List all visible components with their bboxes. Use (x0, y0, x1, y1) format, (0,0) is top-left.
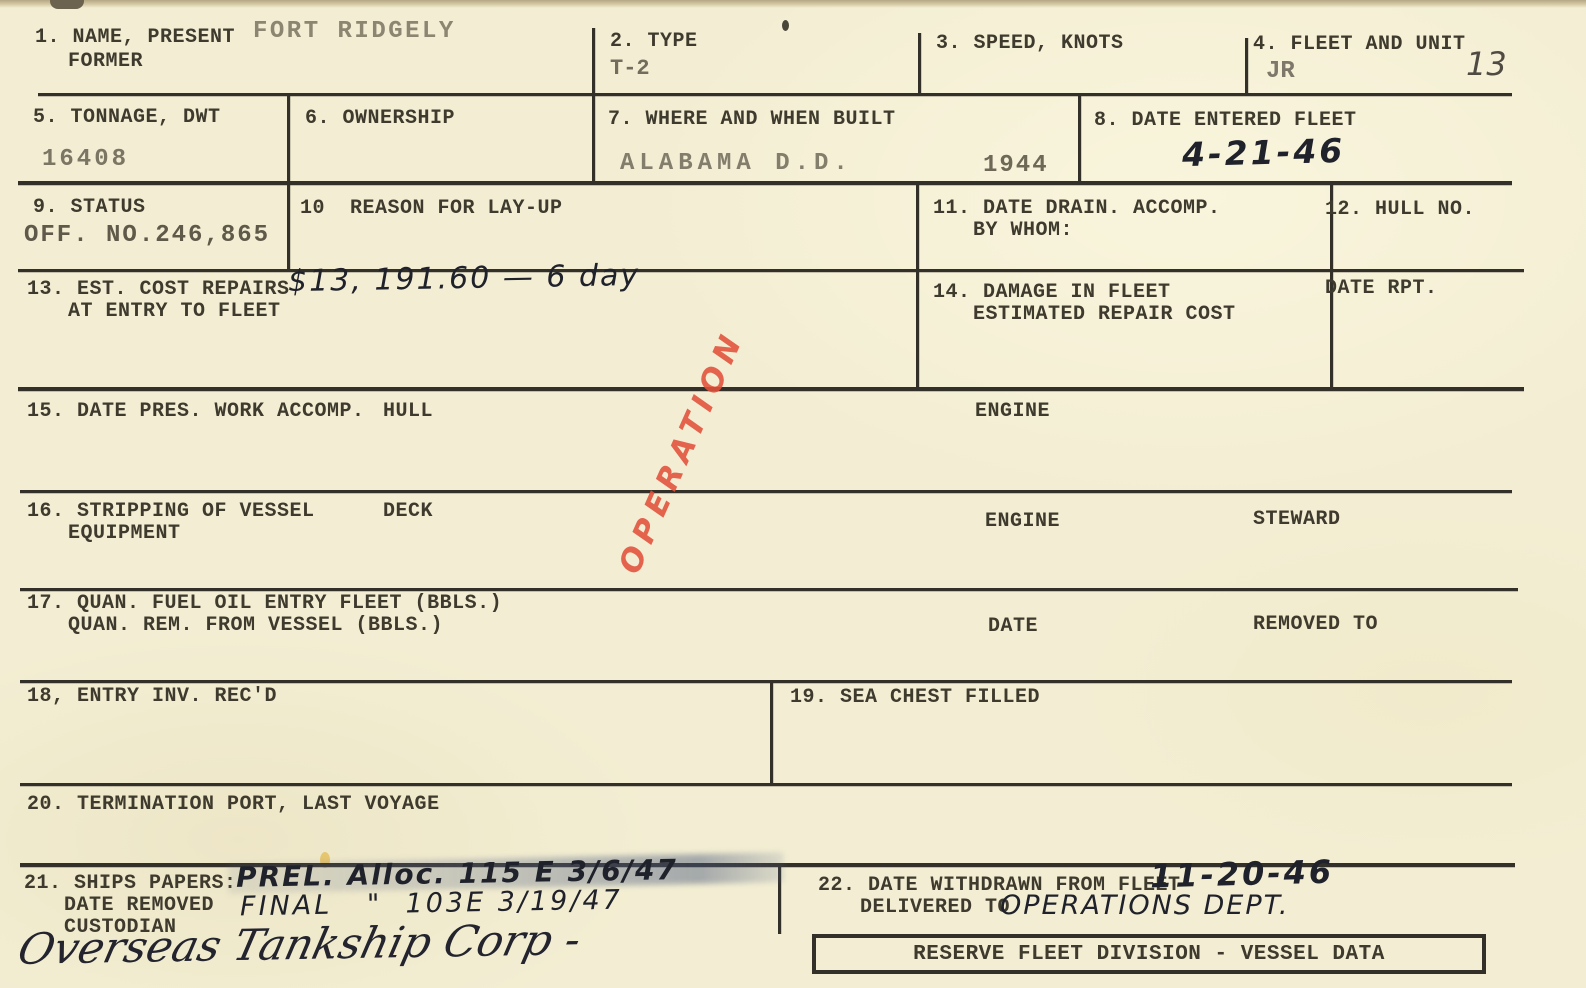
field-1-label: 1. NAME, PRESENT (35, 27, 235, 48)
field-13-label: 13. EST. COST REPAIRS (27, 279, 290, 300)
field-21-label2: DATE REMOVED (64, 895, 214, 916)
field-4-label: 4. FLEET AND UNIT (1253, 34, 1466, 55)
field-22-value: 11-20-46 (1150, 856, 1335, 893)
field-10-label: 10 REASON FOR LAY-UP (300, 198, 563, 219)
field-1-value: FORT RIDGELY (253, 20, 456, 44)
field-11-label2: BY WHOM: (973, 220, 1073, 241)
field-17-removed-to-label: REMOVED TO (1253, 614, 1378, 635)
field-9-label: 9. STATUS (33, 197, 146, 218)
field-1-label2: FORMER (68, 51, 143, 72)
field-15-engine-label: ENGINE (975, 401, 1050, 422)
field-18-label: 18, ENTRY INV. REC'D (27, 686, 277, 707)
field-11-label: 11. DATE DRAIN. ACCOMP. (933, 198, 1221, 219)
field-2-value: T-2 (610, 58, 650, 80)
field-14-date-rpt-label: DATE RPT. (1325, 278, 1438, 299)
field-16-deck-label: DECK (383, 501, 433, 522)
divider-1-2 (592, 28, 595, 181)
scan-blemish (50, 0, 84, 9)
vessel-data-card: 1. NAME, PRESENT FORMER FORT RIDGELY 2. … (0, 0, 1586, 988)
rule-row3 (18, 269, 1524, 272)
scan-speck (782, 20, 789, 31)
field-17-label2: QUAN. REM. FROM VESSEL (BBLS.) (68, 615, 443, 636)
field-4-unit-number: 13 (1466, 48, 1507, 80)
field-21-label: 21. SHIPS PAPERS: (24, 873, 237, 894)
field-16-label: 16. STRIPPING OF VESSEL (27, 501, 315, 522)
field-17-date-label: DATE (988, 616, 1038, 637)
rule-row1 (38, 93, 1512, 96)
field-14-label2: ESTIMATED REPAIR COST (973, 304, 1236, 325)
divider-3-4 (1245, 38, 1248, 93)
divider-10-11 (916, 181, 919, 387)
field-17-label: 17. QUAN. FUEL OIL ENTRY FLEET (BBLS.) (27, 593, 502, 614)
rule-row5 (20, 490, 1512, 493)
footer-title-box: RESERVE FLEET DIVISION - VESSEL DATA (812, 934, 1486, 974)
field-5-value: 16408 (42, 148, 129, 172)
rule-row6 (20, 588, 1518, 591)
field-21-custodian-signature: Overseas Tankship Corp - (13, 915, 586, 975)
field-16-engine-label: ENGINE (985, 511, 1060, 532)
field-9-value: OFF. NO.246,865 (24, 224, 270, 248)
field-5-label: 5. TONNAGE, DWT (33, 107, 221, 128)
field-7-value: ALABAMA D.D. (620, 152, 853, 176)
rule-row4 (18, 387, 1524, 391)
field-3-label: 3. SPEED, KNOTS (936, 33, 1124, 54)
field-16-steward-label: STEWARD (1253, 509, 1341, 530)
operation-stamp: OPERATION (612, 281, 778, 582)
scan-top-edge (0, 0, 1586, 8)
field-13-label2: AT ENTRY TO FLEET (68, 301, 281, 322)
divider-5-6 (287, 93, 290, 269)
field-20-label: 20. TERMINATION PORT, LAST VOYAGE (27, 794, 440, 815)
field-7-label: 7. WHERE AND WHEN BUILT (608, 109, 896, 130)
rule-row2 (18, 181, 1512, 185)
field-14-label: 14. DAMAGE IN FLEET (933, 282, 1171, 303)
field-15-hull-label: HULL (383, 401, 433, 422)
field-8-value: 4-21-46 (1182, 134, 1346, 171)
field-2-label: 2. TYPE (610, 31, 698, 52)
divider-18-19 (770, 680, 773, 783)
divider-7-8 (1078, 93, 1081, 181)
field-16-label2: EQUIPMENT (68, 523, 181, 544)
field-6-label: 6. OWNERSHIP (305, 108, 455, 129)
field-12-label: 12. HULL NO. (1325, 199, 1475, 220)
divider-2-3 (918, 33, 921, 93)
field-22-delivered-to-value: OPERATIONS DEPT. (1000, 892, 1290, 919)
field-8-label: 8. DATE ENTERED FLEET (1094, 110, 1357, 131)
rule-row8 (20, 783, 1512, 786)
field-22-label2: DELIVERED TO (860, 897, 1010, 918)
field-7-year: 1944 (983, 154, 1049, 178)
field-13-value: $13, 191.60 — 6 day (288, 261, 641, 297)
field-4-value: JR (1266, 60, 1295, 84)
footer-title: RESERVE FLEET DIVISION - VESSEL DATA (913, 943, 1385, 966)
field-19-label: 19. SEA CHEST FILLED (790, 687, 1040, 708)
rule-row7 (20, 680, 1512, 683)
field-15-label: 15. DATE PRES. WORK ACCOMP. (27, 401, 365, 422)
